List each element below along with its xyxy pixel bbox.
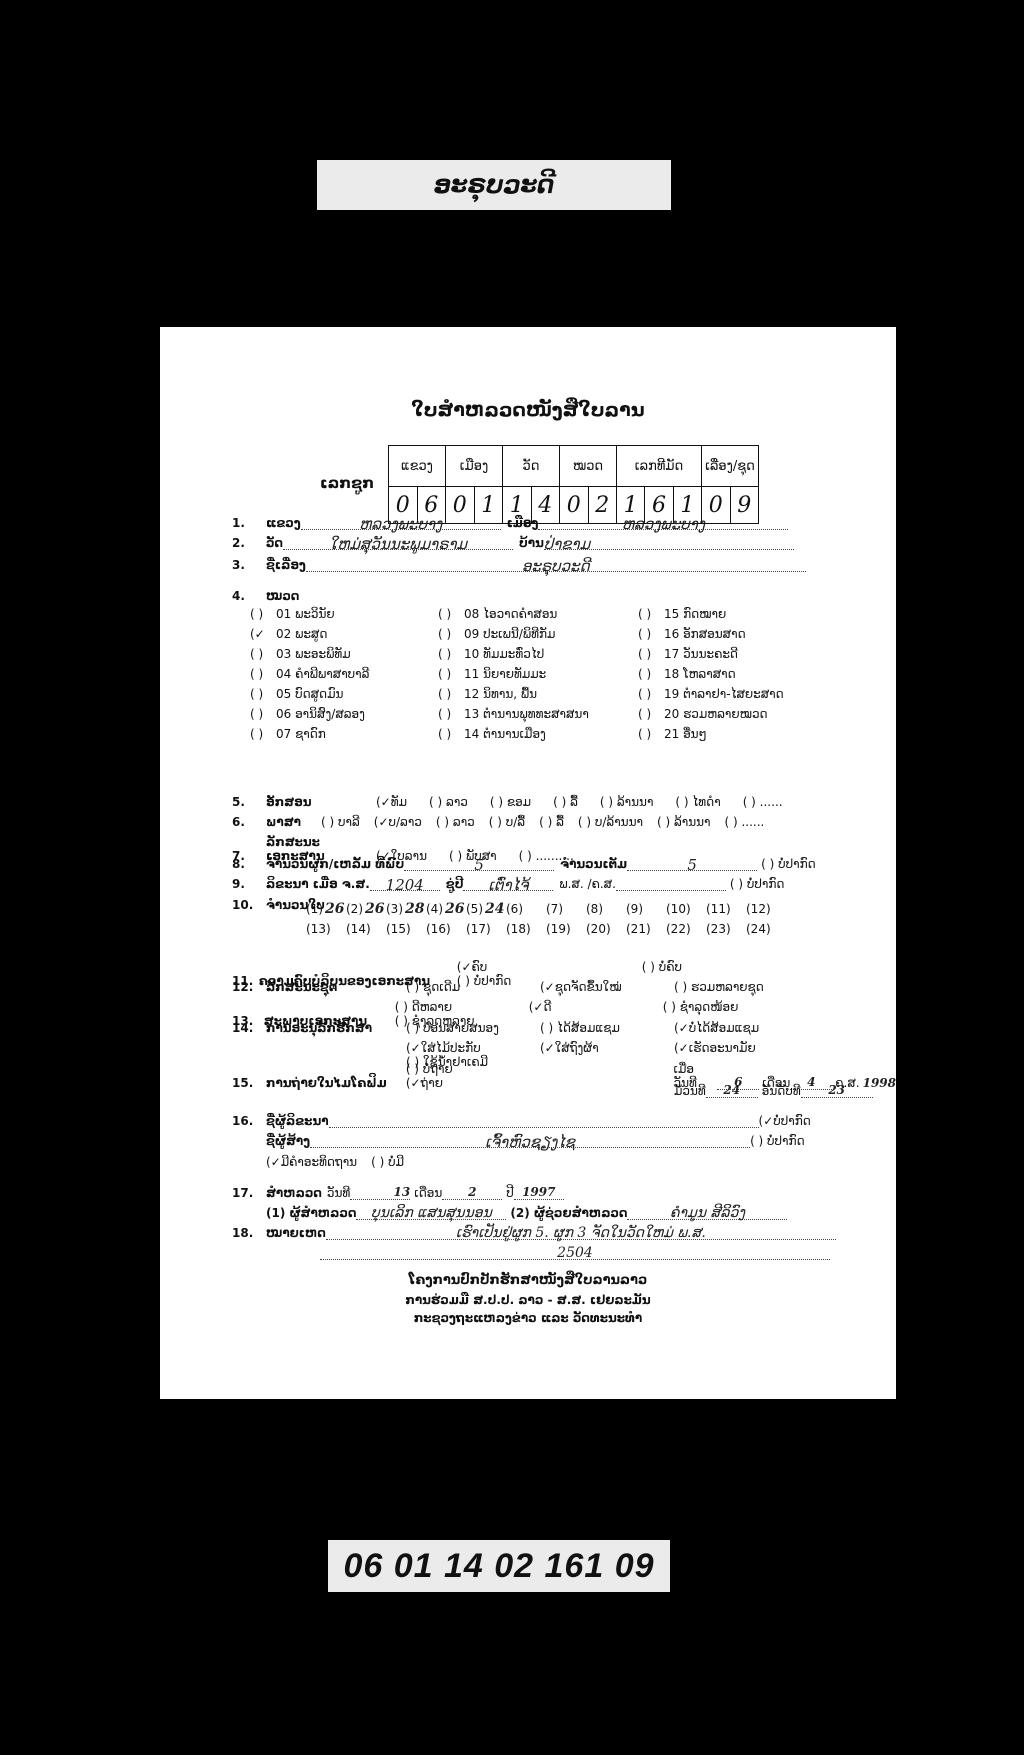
category-option[interactable]: ( )17 ວັນນະຄະດີ: [638, 647, 738, 661]
field-microfilm-reel: ມ້ວນທີ 24 ອັນດັບທີ 23: [674, 1083, 873, 1098]
code-header: ເມືອງ: [446, 446, 503, 487]
option-checkbox[interactable]: ( ) ບ/ລ້ານນາ: [578, 815, 643, 829]
option-checkbox[interactable]: ( ) ບ່ອນສາຍສນອງ: [406, 1021, 540, 1035]
category-label: 19 ຕຳລາຢາ-ໄສຍະສາດ: [664, 687, 784, 701]
checkbox[interactable]: (✓: [250, 627, 276, 641]
leaf-count-cell: (7): [546, 901, 565, 917]
option-checkbox[interactable]: (✓ຄົບ: [457, 960, 577, 974]
field-remarks: 18. ໝາຍເຫດ ເຮົາເປັນຢູ່ຜູກ 5. ຜູກ 3 ຈັດໃນ…: [232, 1225, 836, 1240]
option-checkbox[interactable]: ( ) ຊຸດເດີມ: [406, 980, 540, 994]
leaf-count-cell: (15): [386, 921, 413, 937]
option-checkbox[interactable]: (✓ບ/ລາວ: [374, 815, 422, 829]
field-remarks-2: 2504: [320, 1245, 830, 1260]
checkbox[interactable]: ( ): [638, 727, 664, 741]
option-checkbox[interactable]: (✓ມີຄຳອະທິດຖານ: [266, 1155, 357, 1169]
title-value: ອະຣຸບວະດີ: [306, 557, 806, 572]
checkbox[interactable]: ( ): [250, 727, 276, 741]
leaf-count-cell: (16): [426, 921, 453, 937]
checkbox[interactable]: ( ): [438, 627, 464, 641]
option-checkbox[interactable]: ( ) ບາລີ: [321, 815, 360, 829]
bundles-found-value: 5: [404, 856, 554, 871]
category-option[interactable]: ( )03 ພະອະພິທັມ: [250, 647, 351, 661]
checkbox[interactable]: ( ): [638, 647, 664, 661]
code-header: ວັດ: [503, 446, 560, 487]
leaf-count-value: 24: [485, 901, 504, 917]
field-language: 6. ພາສາ ( ) ບາລີ(✓ບ/ລາວ( ) ລາວ( ) ບ/ລື້(…: [232, 815, 778, 829]
leaf-count-cell: (1)26: [306, 901, 344, 917]
option-checkbox[interactable]: ( ) ດີຫລາຍ: [395, 1000, 529, 1014]
field-scribe: 16. ຊື່ຜູ້ລິຂະນາ (✓ບໍ່ປາກົດ: [232, 1113, 811, 1128]
sponsor-value: ເຈົ້າຫົວຊຽງໄຊ: [310, 1133, 750, 1148]
category-label: 06 ອານິສົງ/ສລອງ: [276, 707, 365, 721]
option-checkbox[interactable]: (✓ບໍ່ໄດ້ສ້ອມແຊມ: [674, 1021, 808, 1035]
checkbox[interactable]: ( ): [250, 687, 276, 701]
checkbox[interactable]: ( ): [438, 707, 464, 721]
category-option[interactable]: ( )14 ຕຳນານເມືອງ: [438, 727, 546, 741]
option-checkbox[interactable]: (✓ດີ: [529, 1000, 663, 1014]
category-option[interactable]: ( )08 ໄອວາດຄຳສອນ: [438, 607, 557, 621]
category-option[interactable]: ( )07 ຊາດົກ: [250, 727, 326, 741]
category-label: 02 ພະສູດ: [276, 627, 327, 641]
field-province: 1. ແຂວງ ຫລວງພະບາງ ເມືອງ ຫລວງພະບາງ: [232, 515, 788, 530]
category-option[interactable]: ( )16 ອັກສອນສາດ: [638, 627, 746, 641]
village-value: ປ່າຂາມ: [544, 535, 794, 550]
reel-number: 24: [706, 1083, 758, 1098]
cs-year-value: 1204: [370, 876, 440, 891]
option-checkbox[interactable]: (✓ໃສ່ຖົງຜ້າ: [540, 1041, 674, 1055]
code-header: ເລື່ອງ/ຊຸດ: [702, 446, 759, 487]
option-checkbox[interactable]: (✓ທັມ: [376, 795, 407, 809]
leaf-count-cell: (11): [706, 901, 733, 917]
code-header: ໝວດ: [560, 446, 617, 487]
leaf-count-cell: (5)24: [466, 901, 504, 917]
option-checkbox[interactable]: ( ) ບ/ລື້: [489, 815, 525, 829]
option-checkbox[interactable]: ( ) ລື້: [539, 815, 564, 829]
category-option[interactable]: ( )15 ກົດໝາຍ: [638, 607, 726, 621]
code-header: ເລກທີມັດ: [617, 446, 702, 487]
checkbox[interactable]: ( ): [250, 707, 276, 721]
temple-value: ໃຫມ່ສຸວັນນະພູມາຣາມ: [283, 535, 513, 550]
year-name-value: ເຕົ່າໄຈ້: [463, 876, 553, 891]
leaf-count-cell: (13): [306, 921, 333, 937]
code-table: ແຂວງ ເມືອງ ວັດ ໝວດ ເລກທີມັດ ເລື່ອງ/ຊຸດ 0…: [388, 445, 759, 524]
leaf-count-cell: (12): [746, 901, 773, 917]
field-conservation: 14. ການອະນຸລັກຮັກສາ ( ) ບ່ອນສາຍສນອງ( ) ໄ…: [232, 1021, 808, 1035]
field-dedication: (✓ມີຄຳອະທິດຖານ( ) ບໍ່ມີ: [266, 1155, 418, 1169]
category-option[interactable]: ( )05 ບົດສູດມົນ: [250, 687, 343, 701]
province-value: ຫລວງພະບາງ: [301, 515, 501, 530]
survey-day: 13: [350, 1185, 410, 1200]
category-label: 08 ໄອວາດຄຳສອນ: [464, 607, 557, 621]
option-checkbox[interactable]: ( ) ຂອມ: [490, 795, 531, 809]
leaf-count-value: 26: [365, 901, 384, 917]
leaf-count-cell: (9): [626, 901, 645, 917]
category-label: 04 ຄຳພີພາສາບາລີ: [276, 667, 369, 681]
footer-ministry: ກະຊວງຖະແຫລງຂ່າວ ແລະ ວັດທະນະທຳ: [160, 1311, 896, 1325]
leaf-count-value: 26: [445, 901, 464, 917]
field-script: 5. ອັກສອນ (✓ທັມ( ) ລາວ( ) ຂອມ( ) ລື້( ) …: [232, 795, 805, 809]
code-header: ແຂວງ: [389, 446, 446, 487]
category-option[interactable]: ( )10 ທັມມະທົ່ວໄປ: [438, 647, 544, 661]
category-label: 07 ຊາດົກ: [276, 727, 326, 741]
top-title-text: ອະຣຸບວະດີ: [434, 171, 554, 199]
survey-year: 1997: [514, 1185, 564, 1200]
surveyor-value: ບຸນເລິກ ແສນສຸນນອນ: [356, 1205, 506, 1220]
field-category: 4. ໝວດ: [232, 589, 299, 603]
remarks-line-1: ເຮົາເປັນຢູ່ຜູກ 5. ຜູກ 3 ຈັດໃນວັດໃຫມ່ ພ.ສ…: [326, 1225, 836, 1240]
leaf-count-value: 28: [405, 901, 424, 917]
option-checkbox[interactable]: ( ) ລ້ານນາ: [600, 795, 654, 809]
bottom-code-text: 06 01 14 02 161 09: [343, 1547, 654, 1586]
category-label: 10 ທັມມະທົ່ວໄປ: [464, 647, 544, 661]
field-title: 3. ຊື່ເລື່ອງ ອະຣຸບວະດີ: [232, 557, 806, 572]
field-inscribed-date: 9. ລິຂະນາ ເມື່ອ ຈ.ສ. 1204 ຊູ່ປີ ເຕົ່າໄຈ້…: [232, 876, 784, 891]
checkbox[interactable]: ( ): [638, 667, 664, 681]
category-option[interactable]: ( )13 ຕຳນານພຸທທະສາສນາ: [438, 707, 589, 721]
leaf-count-cell: (4)26: [426, 901, 464, 917]
checkbox[interactable]: ( ): [438, 607, 464, 621]
assistant-value: ຄຳມູນ ສີລິວົງ: [627, 1205, 787, 1220]
option-checkbox[interactable]: ( ) ໄດ້ສ້ອມແຊມ: [540, 1021, 674, 1035]
checkbox[interactable]: ( ): [638, 607, 664, 621]
option-checkbox[interactable]: (✓ເຮັດອະນາມັຍ: [674, 1041, 808, 1055]
field-set-type: 12. ລັກສະນະຊຸດ ( ) ຊຸດເດີມ(✓ຊຸດຈັດຂຶ້ນໃໝ…: [232, 980, 808, 994]
option-checkbox[interactable]: ( ) ລື້: [553, 795, 578, 809]
category-option[interactable]: ( )01 ພະວິນັຍ: [250, 607, 335, 621]
category-label: 09 ປະເພນີ/ພິທີກັມ: [464, 627, 555, 641]
leaf-count-cell: (20): [586, 921, 613, 937]
leaf-count-cell: (8): [586, 901, 605, 917]
category-label: 15 ກົດໝາຍ: [664, 607, 726, 621]
category-label: 03 ພະອະພິທັມ: [276, 647, 351, 661]
category-option[interactable]: ( )12 ນິທານ, ພື້ນ: [438, 687, 537, 701]
footer-project: ໂຄງການປົກປັກຮັກສາໜັງສືໃບລານລາວ: [160, 1273, 896, 1288]
category-label: 16 ອັກສອນສາດ: [664, 627, 746, 641]
category-label: 11 ນິຍາຍທັມມະ: [464, 667, 546, 681]
remarks-line-2: 2504: [320, 1245, 830, 1260]
checkbox[interactable]: ( ): [438, 687, 464, 701]
checkbox[interactable]: ( ): [438, 667, 464, 681]
leaf-count-cell: (21): [626, 921, 653, 937]
leaf-count-cell: (24): [746, 921, 773, 937]
category-label: 05 ບົດສູດມົນ: [276, 687, 343, 701]
checkbox[interactable]: ( ): [638, 687, 664, 701]
category-label: 17 ວັນນະຄະດີ: [664, 647, 738, 661]
bundles-total-value: 5: [627, 856, 757, 871]
option-checkbox[interactable]: ( ) ບໍ່ຖ່າຍ: [406, 1062, 540, 1076]
checkbox[interactable]: ( ): [638, 627, 664, 641]
field-surveyors: (1) ຜູ້ສຳຫລວດ ບຸນເລິກ ແສນສຸນນອນ (2) ຜູ້ຊ…: [266, 1205, 787, 1220]
bottom-code-label: 06 01 14 02 161 09: [328, 1540, 670, 1592]
category-label: 01 ພະວິນັຍ: [276, 607, 335, 621]
leaf-count-cell: (2)26: [346, 901, 384, 917]
option-checkbox[interactable]: ( ) ......: [724, 815, 764, 829]
category-label: 21 ອື່ນໆ: [664, 727, 707, 741]
checkbox[interactable]: ( ): [250, 647, 276, 661]
leaf-count-cell: (22): [666, 921, 693, 937]
checkbox[interactable]: ( ): [638, 707, 664, 721]
leaf-count-cell: (3)28: [386, 901, 424, 917]
code-label: ເລກຊູກ: [320, 474, 374, 492]
field-survey-date: 17. ສຳຫລວດ ວັນທີ 13 ເດືອນ 2 ປີ 1997: [232, 1185, 564, 1200]
category-option[interactable]: ( )18 ໂຫລາສາດ: [638, 667, 736, 681]
top-title-label: ອະຣຸບວະດີ: [317, 160, 671, 210]
option-checkbox[interactable]: (✓ຖ່າຍ: [406, 1076, 540, 1090]
option-checkbox[interactable]: ( ) ຮວມຫລາຍຊຸດ: [674, 980, 808, 994]
leaf-count-cell: (19): [546, 921, 573, 937]
category-option[interactable]: ( )20 ຮວມຫລາຍໝວດ: [638, 707, 768, 721]
checkbox[interactable]: ( ): [438, 647, 464, 661]
leaf-count-cell: (18): [506, 921, 533, 937]
district-value: ຫລວງພະບາງ: [538, 515, 788, 530]
category-label: 14 ຕຳນານເມືອງ: [464, 727, 546, 741]
leaf-count-cell: (14): [346, 921, 373, 937]
option-checkbox[interactable]: ( ) ຊຳລຸດໜ້ອຍ: [663, 1000, 797, 1014]
field-sponsor: ຊື່ຜູ້ສ້າງ ເຈົ້າຫົວຊຽງໄຊ ( ) ບໍ່ປາກົດ: [266, 1133, 805, 1148]
survey-month: 2: [442, 1185, 502, 1200]
option-checkbox[interactable]: ( ) ໄທດຳ: [675, 795, 720, 809]
category-option[interactable]: ( )11 ນິຍາຍທັມມະ: [438, 667, 546, 681]
leaf-count-cell: (10): [666, 901, 693, 917]
option-checkbox[interactable]: ( ) ລາວ: [436, 815, 475, 829]
option-checkbox[interactable]: ( ) ບໍ່ມີ: [371, 1155, 404, 1169]
form-title: ໃບສຳຫລວດໜັງສືໃບລານ: [160, 399, 896, 421]
leaf-count-cell: (17): [466, 921, 493, 937]
category-option[interactable]: (✓02 ພະສູດ: [250, 627, 327, 641]
category-label: 12 ນິທານ, ພື້ນ: [464, 687, 537, 701]
order-number: 23: [801, 1083, 873, 1098]
field-bundles: 8. ຈຳນວນຜູກ/ເຫລັ້ມ ທີ່ພົບ 5 ຈຳນວນເຕັມ 5 …: [232, 856, 816, 871]
checkbox[interactable]: ( ): [250, 607, 276, 621]
field-temple: 2. ວັດ ໃຫມ່ສຸວັນນະພູມາຣາມ ບ້ານ ປ່າຂາມ: [232, 535, 794, 550]
category-option[interactable]: ( )04 ຄຳພີພາສາບາລີ: [250, 667, 369, 681]
category-option[interactable]: ( )19 ຕຳລາຢາ-ໄສຍະສາດ: [638, 687, 784, 701]
option-checkbox[interactable]: ( ) ລ້ານນາ: [657, 815, 711, 829]
category-option[interactable]: ( )09 ປະເພນີ/ພິທີກັມ: [438, 627, 555, 641]
category-label: 13 ຕຳນານພຸທທະສາສນາ: [464, 707, 589, 721]
category-option[interactable]: ( )21 ອື່ນໆ: [638, 727, 707, 741]
category-label: 18 ໂຫລາສາດ: [664, 667, 736, 681]
category-option[interactable]: ( )06 ອານິສົງ/ສລອງ: [250, 707, 365, 721]
option-checkbox[interactable]: ( ) ບໍ່ຄົບ: [642, 960, 762, 974]
checkbox[interactable]: ( ): [250, 667, 276, 681]
leaf-count-value: 26: [325, 901, 344, 917]
scribe-value: [329, 1113, 759, 1128]
option-checkbox[interactable]: ( ) ລາວ: [429, 795, 468, 809]
leaf-count-cell: (23): [706, 921, 733, 937]
category-label: 20 ຮວມຫລາຍໝວດ: [664, 707, 768, 721]
option-checkbox[interactable]: (✓ຊຸດຈັດຂຶ້ນໃໝ່: [540, 980, 674, 994]
survey-form-page: ໃບສຳຫລວດໜັງສືໃບລານ ເລກຊູກ ແຂວງ ເມືອງ ວັດ…: [160, 327, 896, 1399]
option-checkbox[interactable]: (✓ໃສ່ໄມ້ປະກັບ: [406, 1041, 540, 1055]
option-checkbox[interactable]: ( ) ......: [743, 795, 783, 809]
leaf-count-cell: (6): [506, 901, 525, 917]
footer-cooperation: ການຮ່ວມມື ສ.ປ.ປ. ລາວ - ສ.ສ. ເຢຍລະມັນ: [160, 1293, 896, 1307]
checkbox[interactable]: ( ): [438, 727, 464, 741]
